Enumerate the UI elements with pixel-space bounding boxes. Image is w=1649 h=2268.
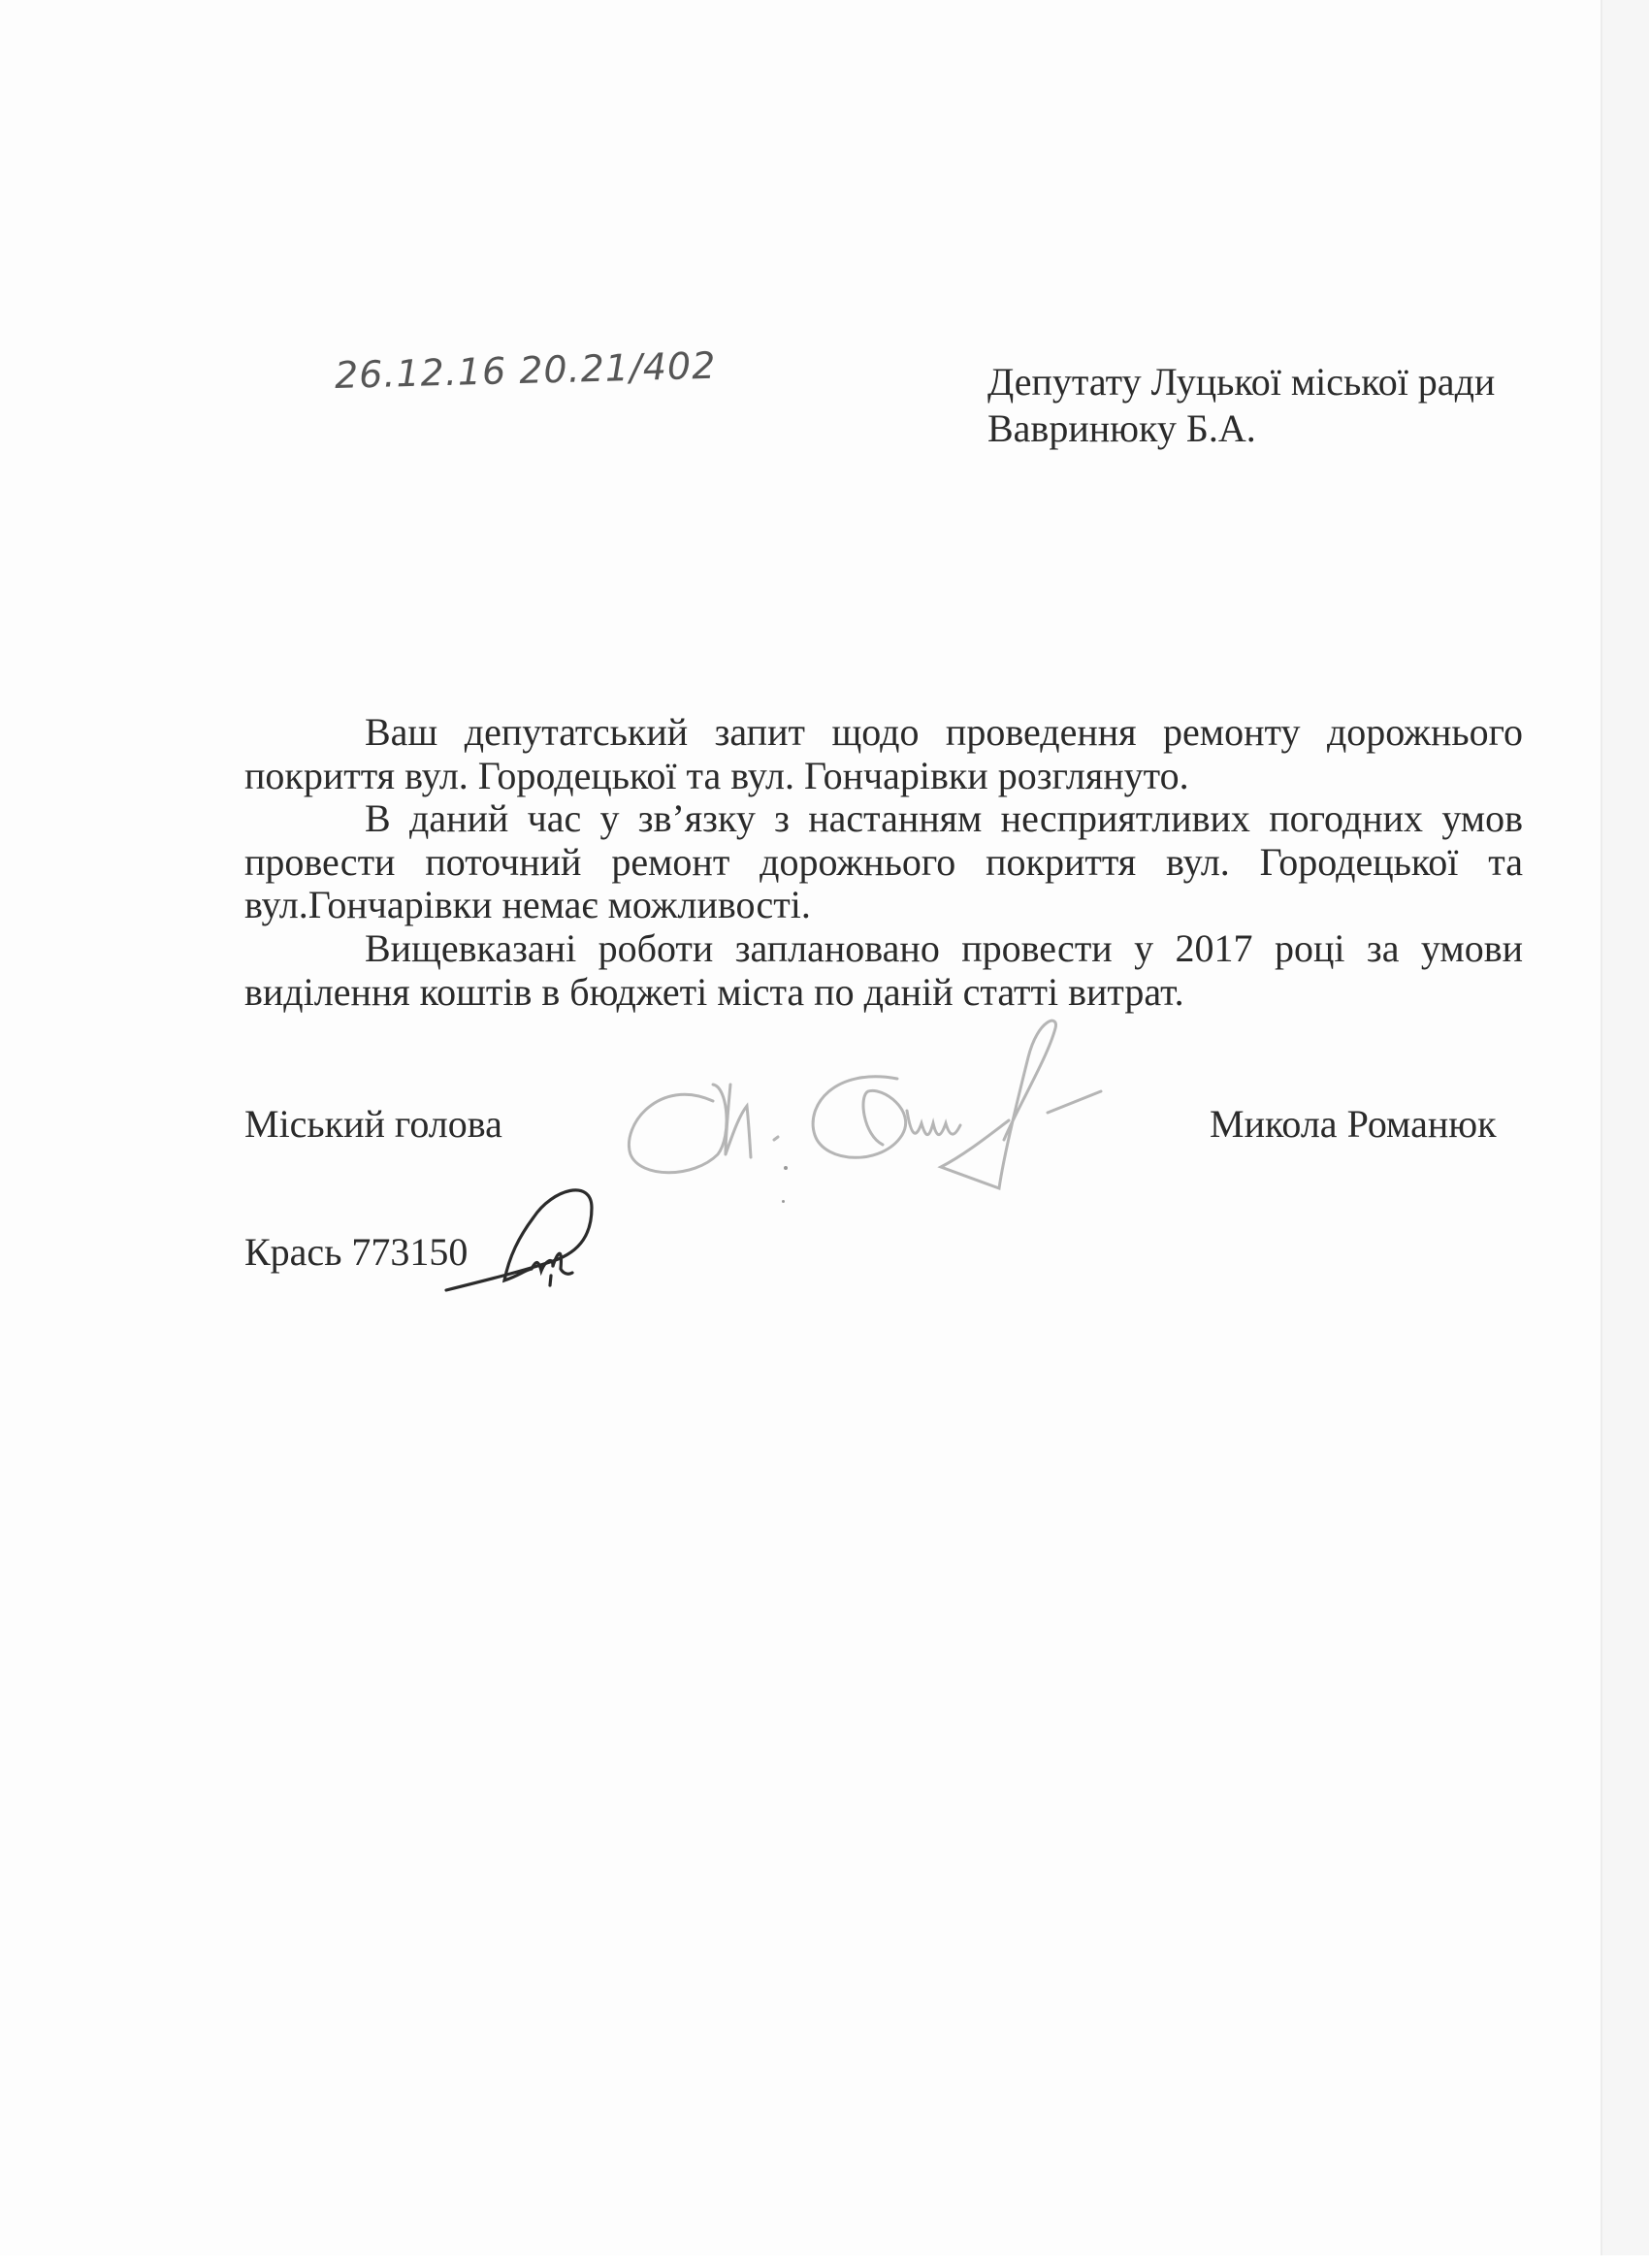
scan-bottom-edge	[0, 2255, 1649, 2268]
body-paragraph: Ваш депутатський запит щодо проведення р…	[244, 711, 1523, 797]
executor-signature-icon	[427, 1183, 640, 1314]
body-paragraph: В даний час у зв’язку з настанням неспри…	[244, 797, 1523, 927]
addressee-line-position: Депутату Луцької міської ради	[987, 359, 1495, 405]
registration-mark: 26.12.16 20.21/402	[335, 354, 742, 403]
scan-speck	[782, 1200, 785, 1203]
registration-mark-text: 26.12.16 20.21/402	[334, 344, 716, 397]
letter-body: Ваш депутатський запит щодо проведення р…	[244, 711, 1523, 1014]
signatory-name: Микола Романюк	[1210, 1101, 1497, 1148]
scan-speck	[784, 1166, 788, 1170]
scan-page-edge	[1600, 0, 1602, 2255]
addressee-line-name: Вавринюку Б.А.	[987, 405, 1495, 452]
scan-page-strip	[1602, 0, 1649, 2255]
mayor-signature-icon	[621, 1019, 1164, 1242]
addressee-block: Депутату Луцької міської ради Вавринюку …	[987, 359, 1495, 452]
body-paragraph: Вищевказані роботи заплановано провести …	[244, 927, 1523, 1014]
signatory-title: Міський голова	[244, 1101, 502, 1148]
